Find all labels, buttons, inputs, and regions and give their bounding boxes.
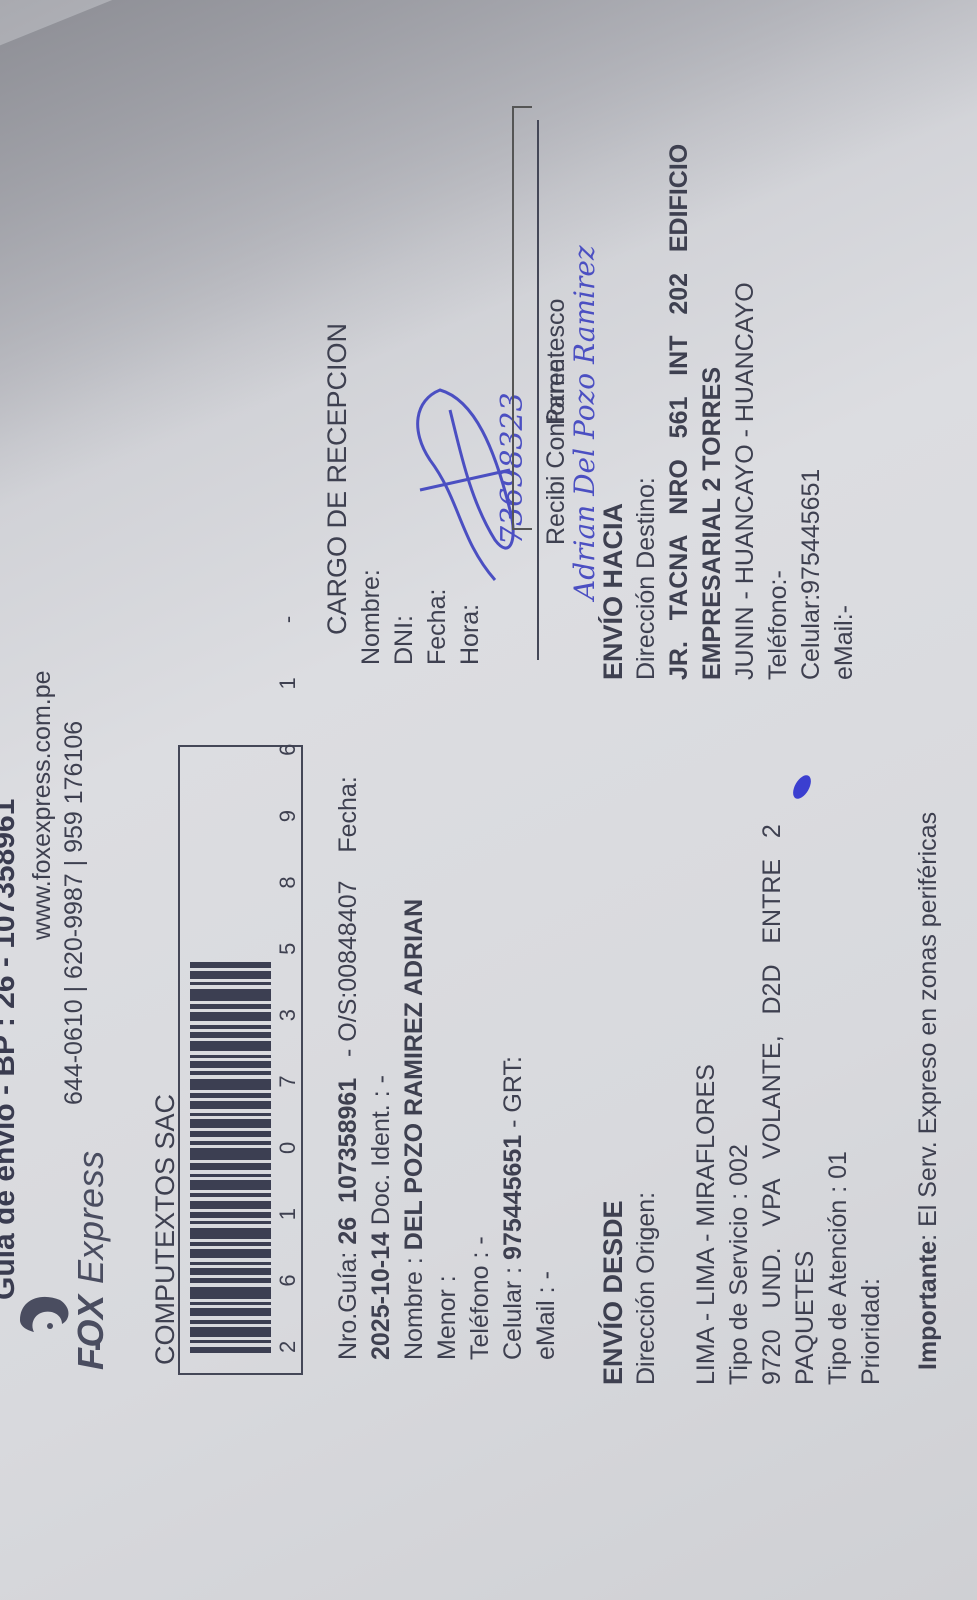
ink-mark: [789, 772, 814, 802]
celular-value: 975445651: [499, 1135, 527, 1260]
reception-hora: Hora:: [454, 604, 487, 665]
guide-title: Guía de envío - BP : 26 - 107358961: [0, 799, 22, 1300]
origin-title: ENVÍO DESDE: [598, 1200, 629, 1385]
barcode-bars: [190, 763, 271, 1353]
sender-company: COMPUTEXTOS SAC: [150, 1094, 181, 1365]
origin-direccion-label: Dirección Origen:: [630, 1192, 663, 1385]
important-label: Importante: [914, 1241, 942, 1370]
destination-email: eMail:-: [828, 605, 861, 680]
destination-telefono: Teléfono:-: [762, 570, 795, 680]
reception-title: CARGO DE RECEPCION: [322, 323, 353, 635]
date-doc-line: 2025-10-14 Doc. Ident. : -: [365, 1075, 398, 1360]
parentesco-label: Parentesco: [540, 299, 573, 425]
document-photo: Guía de envío - BP : 26 - 107358961 www.…: [0, 0, 977, 1600]
recipient-name: DEL POZO RAMIREZ ADRIAN: [400, 899, 428, 1250]
tipo-servicio: Tipo de Servicio : 002: [723, 1144, 756, 1385]
doc-ident: Doc. Ident. : -: [367, 1075, 395, 1225]
fecha-label: Fecha:: [334, 776, 362, 852]
important-note: Importante: El Serv. Expreso en zonas pe…: [912, 812, 945, 1370]
destination-direccion-label: Dirección Destino:: [630, 477, 663, 680]
guide-number: 107358961: [334, 1078, 362, 1203]
guide-date: 2025-10-14: [367, 1232, 395, 1360]
email-line: eMail : -: [530, 1271, 563, 1360]
logo-word-fox: FOX: [70, 1294, 111, 1370]
destination-address-1: JR. TACNA NRO 561 INT 202 EDIFICIO: [663, 144, 696, 680]
reception-fecha: Fecha:: [421, 589, 454, 665]
shipping-label: Guía de envío - BP : 26 - 107358961 www.…: [0, 0, 977, 1600]
os-number: - O/S:00848407: [334, 880, 362, 1057]
destination-celular: Celular:975445651: [795, 469, 828, 680]
guide-series: 26: [334, 1217, 362, 1245]
phone-numbers: 644-0610 | 620-9987 | 959 176106: [60, 721, 89, 1105]
menor-line: Menor :: [431, 1275, 464, 1360]
telefono-line: Teléfono : -: [464, 1236, 497, 1360]
barcode: 2 6 1 0 7 3 5 8 9 6 1 -: [178, 745, 303, 1375]
reception-dni: DNI:: [388, 615, 421, 665]
celular-line: Celular : 975445651 - GRT:: [497, 1056, 530, 1360]
logo-word-express: Express: [70, 1150, 111, 1284]
origin-location: LIMA - LIMA - MIRAFLORES: [690, 1064, 723, 1385]
guide-number-line: Nro.Guía: 26 107358961 - O/S:00848407 Fe…: [332, 776, 365, 1360]
destination-address-2: EMPRESARIAL 2 TORRES: [696, 367, 729, 680]
recipient-name-line: Nombre : DEL POZO RAMIREZ ADRIAN: [398, 899, 431, 1360]
destination-title: ENVÍO HACIA: [598, 503, 629, 680]
important-text: : El Serv. Expreso en zonas periféricas: [914, 812, 942, 1241]
grt: - GRT:: [499, 1056, 527, 1128]
tipo-atencion: Tipo de Atención : 01: [822, 1151, 855, 1385]
content-description: 9720 UND. VPA VOLANTE, D2D ENTRE 2: [756, 824, 789, 1385]
content-description-2: PAQUETES: [789, 1251, 822, 1385]
barcode-digits: 2 6 1 0 7 3 5 8 9 6 1 -: [275, 763, 301, 1353]
destination-location: JUNIN - HUANCAYO - HUANCAYO: [729, 282, 762, 680]
signature-line: [537, 120, 539, 660]
website-url: www.foxexpress.com.pe: [28, 670, 57, 940]
prioridad: Prioridad:: [855, 1278, 888, 1385]
reception-nombre: Nombre:: [355, 569, 388, 665]
parentesco-bracket: [512, 106, 532, 530]
